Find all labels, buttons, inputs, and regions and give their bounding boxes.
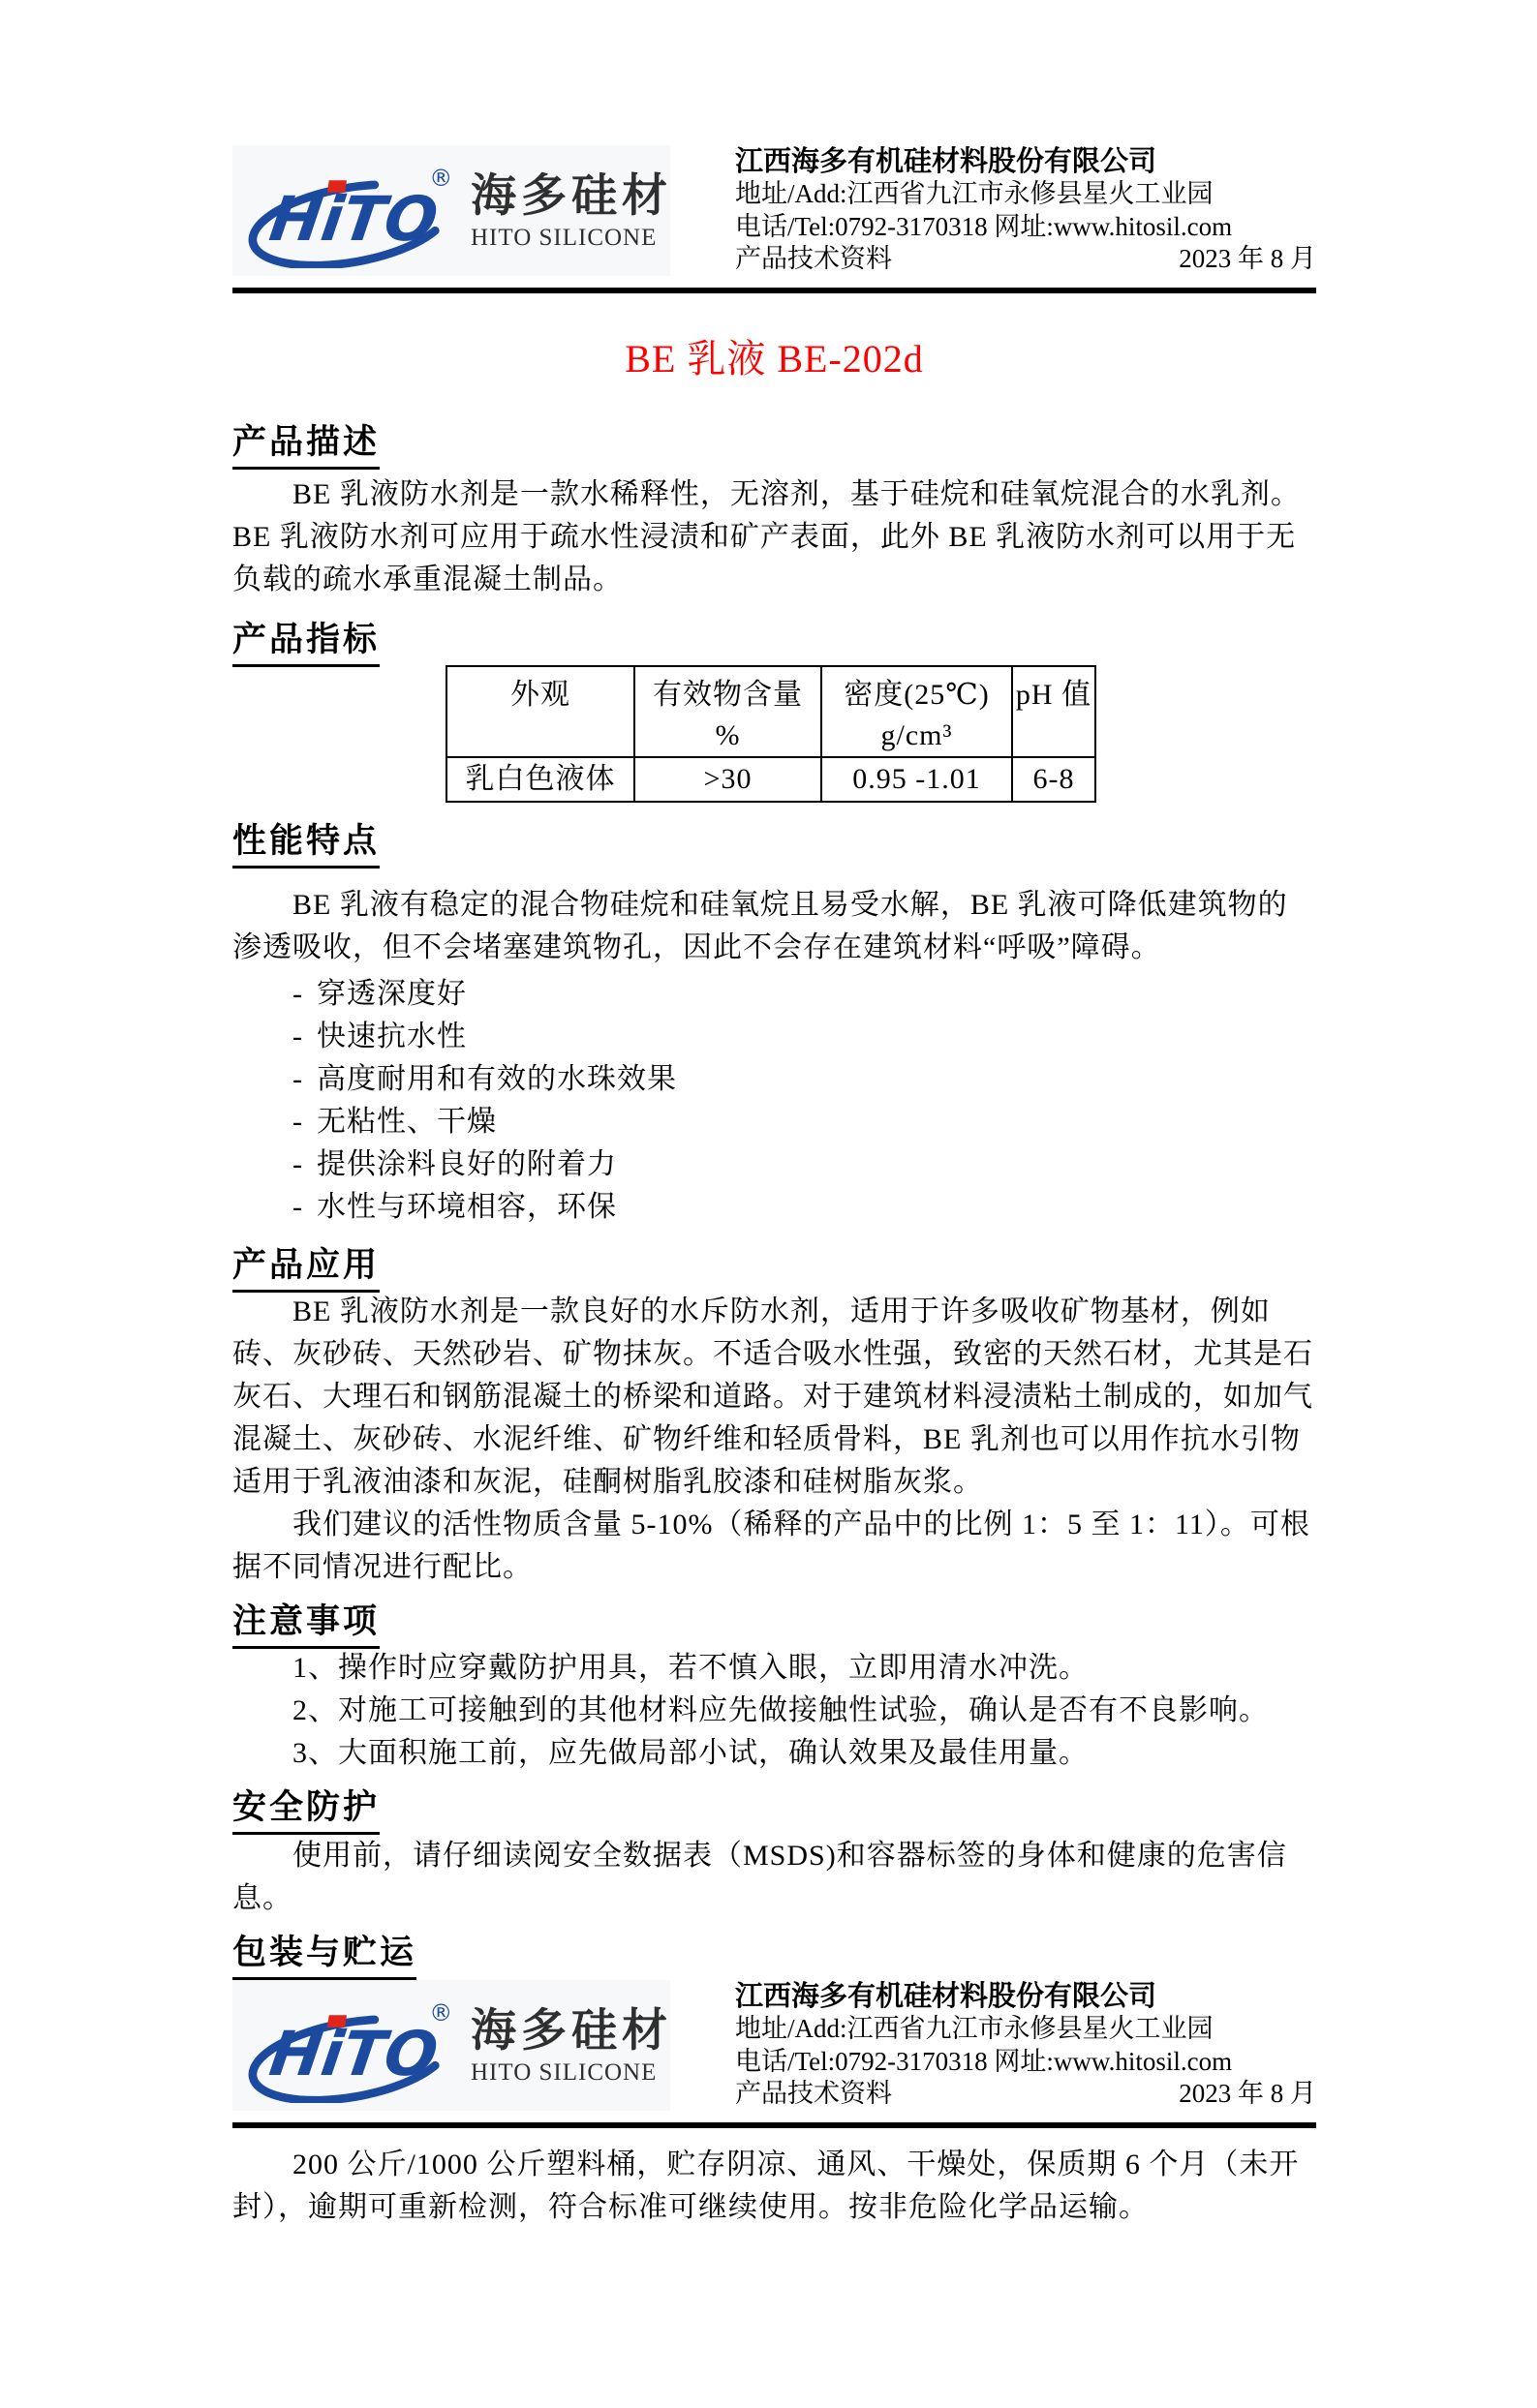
logo-cn-name: 海多硅材 bbox=[471, 2004, 672, 2058]
header-divider bbox=[232, 2122, 1316, 2128]
list-item: 2、对施工可接触到的其他材料应先做接触性试验，确认是否有不良影响。 bbox=[292, 1690, 1316, 1732]
datasheet-page: HiTO ® 海多硅材 HITO SILICONE 江西海多有机硅材料股份有限公… bbox=[0, 0, 1537, 2229]
spec-table-value-row: 乳白色液体 >30 0.95 -1.01 6-8 bbox=[446, 757, 1095, 802]
bullet-text: 无粘性、干燥 bbox=[317, 1106, 497, 1138]
heading-text: 性能特点 bbox=[232, 822, 380, 869]
applications-paragraph-1: BE 乳液防水剂是一款良好的水斥防水剂，适用于许多吸收矿物基材，例如砖、灰砂砖、… bbox=[232, 1291, 1316, 1504]
company-address: 地址/Add:江西省九江市永修县星火工业园 bbox=[735, 2013, 1316, 2045]
features-bullet-list: -穿透深度好 -快速抗水性 -高度耐用和有效的水珠效果 -无粘性、干燥 -提供涂… bbox=[232, 973, 1316, 1229]
bullet-text: 提供涂料良好的附着力 bbox=[317, 1148, 617, 1180]
logo-en-name: HITO SILICONE bbox=[471, 224, 672, 253]
bullet-dash: - bbox=[292, 1063, 303, 1095]
spec-value-density: 0.95 -1.01 bbox=[821, 757, 1012, 802]
bullet-dash: - bbox=[292, 1021, 303, 1052]
list-item: -水性与环境相容，环保 bbox=[292, 1186, 1316, 1229]
spec-col-header-ph: pH 值 bbox=[1012, 666, 1095, 757]
spec-col-header-active-content: 有效物含量 % bbox=[634, 666, 821, 757]
page-title: BE 乳液 BE-202d bbox=[232, 336, 1316, 382]
hito-logo-box: HiTO ® 海多硅材 HITO SILICONE bbox=[232, 145, 670, 276]
hito-logo-box: HiTO ® 海多硅材 HITO SILICONE bbox=[232, 1980, 670, 2111]
bullet-dash: - bbox=[292, 1106, 303, 1138]
heading-text: 安全防护 bbox=[232, 1788, 380, 1835]
doc-meta-row: 产品技术资料 2023 年 8 月 bbox=[735, 2078, 1316, 2110]
hito-logo-icon: HiTO ® bbox=[240, 1989, 459, 2103]
company-tel-web: 电话/Tel:0792-3170318 网址:www.hitosil.com bbox=[735, 2046, 1316, 2078]
bullet-text: 水性与环境相容，环保 bbox=[317, 1191, 617, 1223]
header-divider bbox=[232, 288, 1316, 293]
doc-type-label: 产品技术资料 bbox=[735, 2078, 892, 2110]
section-heading-notices: 注意事项 bbox=[232, 1602, 1316, 1641]
section-heading-packaging: 包装与贮运 bbox=[232, 1934, 1316, 1972]
bullet-text: 高度耐用和有效的水珠效果 bbox=[317, 1063, 677, 1095]
company-name: 江西海多有机硅材料股份有限公司 bbox=[735, 146, 1316, 178]
bullet-dash: - bbox=[292, 1148, 303, 1180]
logo-red-square-icon bbox=[327, 2015, 347, 2027]
heading-text: 注意事项 bbox=[232, 1602, 380, 1649]
logo-brand-text: HiTO bbox=[265, 2019, 442, 2090]
list-item: 1、操作时应穿戴防护用具，若不慎入眼，立即用清水冲洗。 bbox=[292, 1647, 1316, 1690]
bullet-dash: - bbox=[292, 1191, 303, 1223]
section-heading-description: 产品描述 bbox=[232, 423, 1316, 462]
company-info: 江西海多有机硅材料股份有限公司 地址/Add:江西省九江市永修县星火工业园 电话… bbox=[735, 1980, 1316, 2111]
section-heading-applications: 产品应用 bbox=[232, 1246, 1316, 1285]
heading-text: 产品指标 bbox=[232, 621, 380, 667]
list-item: 3、大面积施工前，应先做局部小试，确认效果及最佳用量。 bbox=[292, 1732, 1316, 1775]
logo-brand-text: HiTO bbox=[265, 184, 442, 256]
doc-date: 2023 年 8 月 bbox=[1179, 2078, 1316, 2110]
spec-value-appearance: 乳白色液体 bbox=[446, 757, 634, 802]
heading-text: 包装与贮运 bbox=[232, 1934, 416, 1980]
bullet-text: 快速抗水性 bbox=[317, 1021, 467, 1052]
logo-red-square-icon bbox=[327, 180, 347, 193]
list-item: -高度耐用和有效的水珠效果 bbox=[292, 1058, 1316, 1101]
company-name: 江西海多有机硅材料股份有限公司 bbox=[735, 1981, 1316, 2013]
logo-names: 海多硅材 HITO SILICONE bbox=[471, 2004, 672, 2088]
logo-names: 海多硅材 HITO SILICONE bbox=[471, 169, 672, 253]
bullet-dash: - bbox=[292, 978, 303, 1010]
section-heading-features: 性能特点 bbox=[232, 822, 1316, 861]
notice-list: 1、操作时应穿戴防护用具，若不慎入眼，立即用清水冲洗。 2、对施工可接触到的其他… bbox=[232, 1647, 1316, 1775]
letterhead-bottom: HiTO ® 海多硅材 HITO SILICONE 江西海多有机硅材料股份有限公… bbox=[232, 1980, 1316, 2111]
doc-meta-row: 产品技术资料 2023 年 8 月 bbox=[735, 243, 1316, 275]
logo-cn-name: 海多硅材 bbox=[471, 169, 672, 224]
list-item: -穿透深度好 bbox=[292, 973, 1316, 1016]
spec-table-header-row: 外观 有效物含量 % 密度(25℃) g/cm³ pH 值 bbox=[446, 666, 1095, 757]
spec-value-active-content: >30 bbox=[634, 757, 821, 802]
hito-logo-icon: HiTO ® bbox=[240, 154, 459, 268]
letterhead-top: HiTO ® 海多硅材 HITO SILICONE 江西海多有机硅材料股份有限公… bbox=[232, 145, 1316, 276]
heading-text: 产品应用 bbox=[232, 1246, 380, 1293]
company-address: 地址/Add:江西省九江市永修县星火工业园 bbox=[735, 178, 1316, 210]
doc-date: 2023 年 8 月 bbox=[1179, 243, 1316, 275]
spec-col-header-appearance: 外观 bbox=[446, 666, 634, 757]
list-item: -无粘性、干燥 bbox=[292, 1101, 1316, 1143]
section-heading-specs: 产品指标 bbox=[232, 621, 1316, 659]
safety-paragraph: 使用前，请仔细读阅安全数据表（MSDS)和容器标签的身体和健康的危害信息。 bbox=[232, 1835, 1316, 1920]
registered-mark: ® bbox=[429, 165, 452, 192]
list-item: -提供涂料良好的附着力 bbox=[292, 1143, 1316, 1186]
spec-col-header-density: 密度(25℃) g/cm³ bbox=[821, 666, 1012, 757]
section-heading-safety: 安全防护 bbox=[232, 1788, 1316, 1827]
spec-value-ph: 6-8 bbox=[1012, 757, 1095, 802]
company-info: 江西海多有机硅材料股份有限公司 地址/Add:江西省九江市永修县星火工业园 电话… bbox=[735, 145, 1316, 276]
applications-paragraph-2: 我们建议的活性物质含量 5-10%（稀释的产品中的比例 1：5 至 1：11）。… bbox=[232, 1504, 1316, 1589]
spec-table: 外观 有效物含量 % 密度(25℃) g/cm³ pH 值 乳白色液体 >30 … bbox=[446, 665, 1096, 803]
registered-mark: ® bbox=[429, 1999, 452, 2027]
company-tel-web: 电话/Tel:0792-3170318 网址:www.hitosil.com bbox=[735, 211, 1316, 243]
bullet-text: 穿透深度好 bbox=[317, 978, 467, 1010]
features-paragraph: BE 乳液有稳定的混合物硅烷和硅氧烷且易受水解，BE 乳液可降低建筑物的渗透吸收… bbox=[232, 884, 1316, 969]
logo-en-name: HITO SILICONE bbox=[471, 2058, 672, 2088]
doc-type-label: 产品技术资料 bbox=[735, 243, 892, 275]
description-paragraph: BE 乳液防水剂是一款水稀释性，无溶剂，基于硅烷和硅氧烷混合的水乳剂。BE 乳液… bbox=[232, 473, 1316, 601]
heading-text: 产品描述 bbox=[232, 423, 380, 470]
list-item: -快速抗水性 bbox=[292, 1016, 1316, 1058]
packaging-paragraph: 200 公斤/1000 公斤塑料桶，贮存阴凉、通风、干燥处，保质期 6 个月（未… bbox=[232, 2144, 1316, 2229]
